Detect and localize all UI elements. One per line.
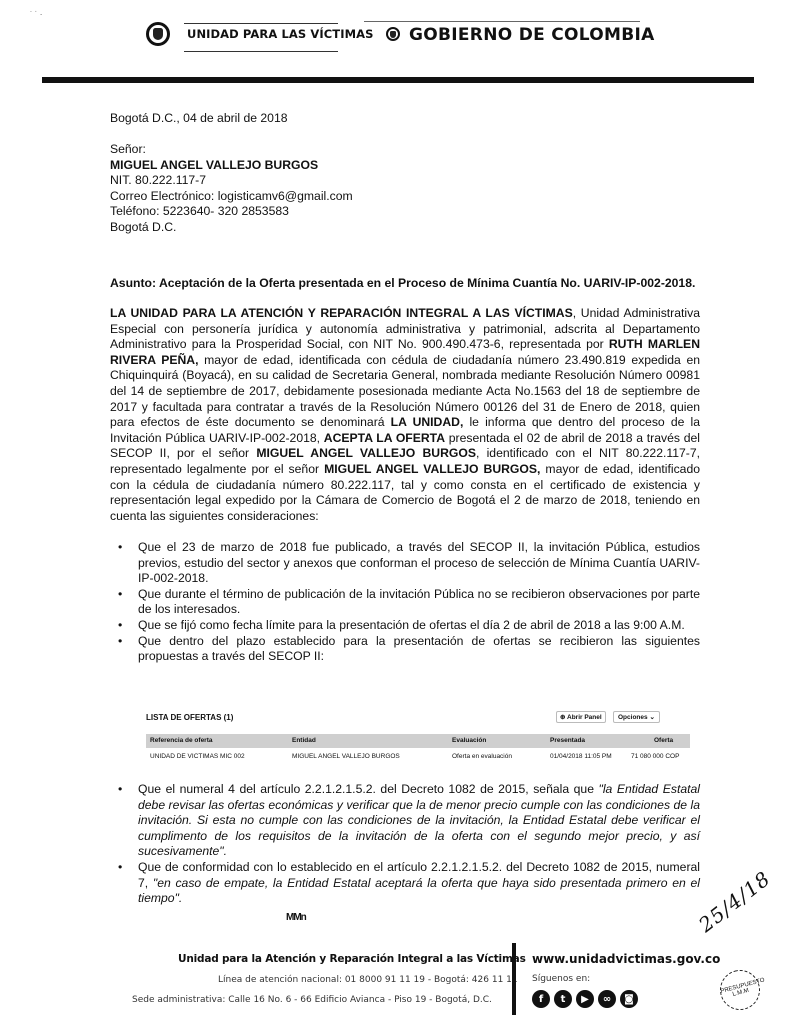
footer-website-link[interactable]: www.unidadvictimas.gov.co: [532, 952, 720, 966]
options-button: Opciones ⌄: [613, 711, 660, 723]
table-cell: 01/04/2018 11:05 PM: [550, 753, 612, 760]
unidad-logo-text: UNIDAD PARA LAS VÍCTIMAS: [187, 27, 374, 41]
footer-org-name: Unidad para la Atención y Reparación Int…: [178, 953, 526, 965]
footer-address: Sede administrativa: Calle 16 No. 6 - 66…: [132, 995, 492, 1005]
body-text: Que el numeral 4 del artículo 2.2.1.2.1.…: [138, 782, 599, 796]
table-header: Referencia de oferta Entidad Evaluación …: [146, 734, 690, 748]
facebook-icon[interactable]: f: [532, 990, 550, 1008]
subject-line: Asunto: Aceptación de la Oferta presenta…: [110, 276, 695, 290]
bold-text: MIGUEL ANGEL VALLEJO BURGOS,: [324, 462, 540, 476]
recipient-nit: NIT. 80.222.117-7: [110, 173, 353, 189]
footer-divider: [512, 943, 516, 1015]
unidad-seal-icon: [146, 22, 170, 46]
main-paragraph: LA UNIDAD PARA LA ATENCIÓN Y REPARACIÓN …: [110, 306, 700, 524]
table-row: UNIDAD DE VICTIMAS MIC 002 MIGUEL ANGEL …: [146, 750, 690, 762]
column-header: Entidad: [292, 737, 316, 744]
list-item: Que de conformidad con lo establecido en…: [110, 860, 700, 907]
recipient-email: Correo Electrónico: logisticamv6@gmail.c…: [110, 189, 353, 205]
recipient-phone: Teléfono: 5223640- 320 2853583: [110, 204, 353, 220]
quote-text: "en caso de empate, la Entidad Estatal a…: [138, 876, 700, 906]
salutation: Señor:: [110, 142, 353, 158]
recipient-name: MIGUEL ANGEL VALLEJO BURGOS: [110, 158, 353, 174]
budget-stamp: PRESUPUESTO L.M.M: [716, 966, 765, 1015]
bold-text: LA UNIDAD PARA LA ATENCIÓN Y REPARACIÓN …: [110, 306, 573, 320]
flickr-icon[interactable]: ∞: [598, 990, 616, 1008]
offers-table-title: LISTA DE OFERTAS (1): [146, 713, 233, 722]
instagram-icon[interactable]: ◙: [620, 990, 638, 1008]
table-cell: 71 080 000 COP: [631, 753, 679, 760]
table-cell: Oferta en evaluación: [452, 753, 512, 760]
table-cell: UNIDAD DE VICTIMAS MIC 002: [150, 753, 245, 760]
considerations-list: Que el 23 de marzo de 2018 fue publicado…: [110, 540, 700, 665]
open-panel-button: ⊕ Abrir Panel: [556, 711, 606, 723]
recipient-city: Bogotá D.C.: [110, 220, 353, 236]
divider: [184, 23, 338, 24]
footer-hotline: Línea de atención nacional: 01 8000 91 1…: [218, 975, 518, 985]
youtube-icon[interactable]: ▶: [576, 990, 594, 1008]
list-item: Que se fijó como fecha límite para la pr…: [110, 618, 700, 634]
column-header: Presentada: [550, 737, 585, 744]
bold-text: ACEPTA LA OFERTA: [324, 431, 445, 445]
table-cell: MIGUEL ANGEL VALLEJO BURGOS: [292, 753, 400, 760]
twitter-icon[interactable]: t: [554, 990, 572, 1008]
gobierno-seal-icon: [386, 27, 400, 41]
options-label: Opciones: [618, 714, 648, 721]
follow-us-label: Síguenos en:: [532, 974, 590, 984]
column-header: Evaluación: [452, 737, 486, 744]
scan-specks: ˙ ˙ ·: [30, 10, 42, 19]
social-icons: f t ▶ ∞ ◙: [532, 990, 638, 1008]
handwritten-date: 25/4/18: [694, 866, 775, 937]
legal-considerations-list: Que el numeral 4 del artículo 2.2.1.2.1.…: [110, 782, 700, 907]
divider: [364, 21, 640, 22]
letter-date: Bogotá D.C., 04 de abril de 2018: [110, 111, 288, 127]
chevron-down-icon: ⌄: [649, 714, 654, 721]
recipient-block: Señor: MIGUEL ANGEL VALLEJO BURGOS NIT. …: [110, 142, 353, 236]
header-rule: [42, 77, 754, 83]
list-item: Que dentro del plazo establecido para la…: [110, 634, 700, 665]
list-item: Que el 23 de marzo de 2018 fue publicado…: [110, 540, 700, 587]
bold-text: LA UNIDAD,: [391, 415, 464, 429]
column-header: Referencia de oferta: [150, 737, 213, 744]
column-header: Oferta: [654, 737, 673, 744]
divider: [184, 51, 338, 52]
bold-text: MIGUEL ANGEL VALLEJO BURGOS: [256, 446, 476, 460]
open-panel-label: Abrir Panel: [567, 714, 602, 721]
initials-mark: MMn: [286, 912, 306, 923]
list-item: Que durante el término de publicación de…: [110, 587, 700, 618]
gobierno-logo-text: GOBIERNO DE COLOMBIA: [409, 25, 655, 45]
list-item: Que el numeral 4 del artículo 2.2.1.2.1.…: [110, 782, 700, 860]
